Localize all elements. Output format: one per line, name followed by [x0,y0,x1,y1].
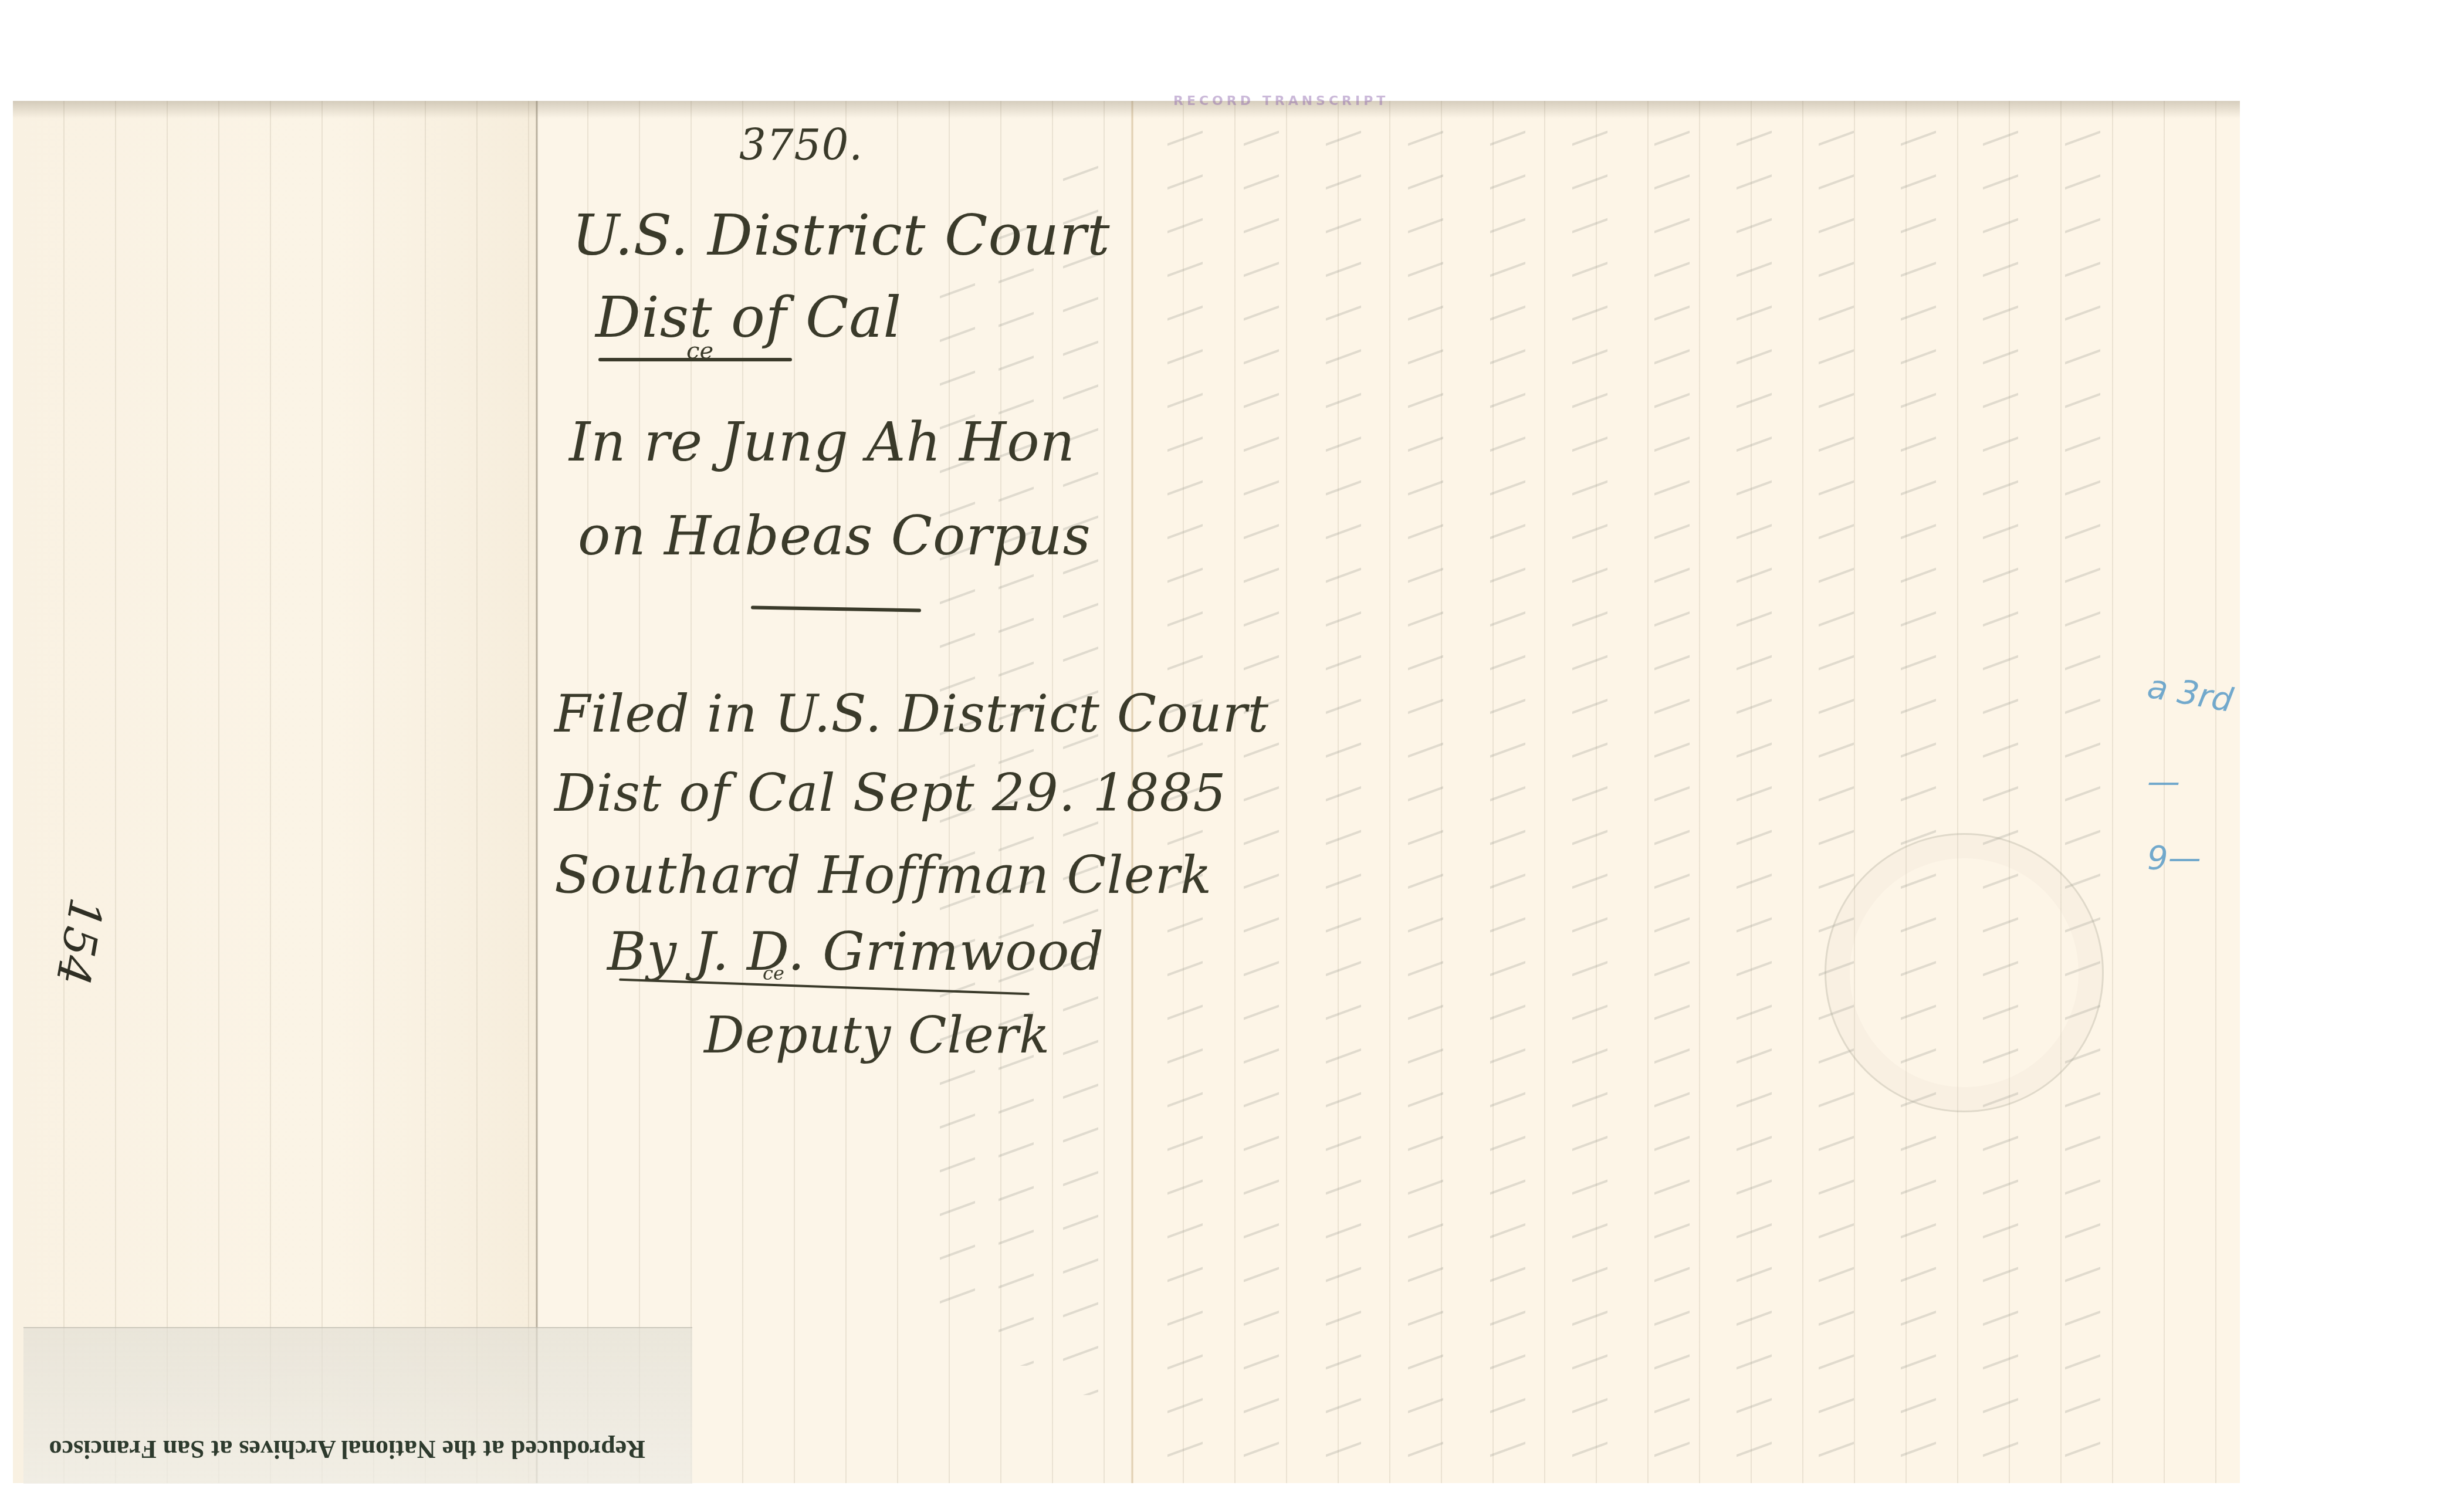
deputy-signature: By J. D. Grimwood [607,921,1104,983]
case-title: In re Jung Ah Hon [569,411,1075,473]
archive-reproduction-stamp: Reproduced at the National Archives at S… [59,1434,645,1464]
filing-line: Filed in U.S. District Court [554,683,1269,744]
separator-flourish: ce [686,337,713,364]
court-name: U.S. District Court [572,202,1111,268]
bleed-through-writing [2065,124,2100,1460]
filing-date-line: Dist of Cal Sept 29. 1885 [554,763,1227,823]
bleed-through-writing [1408,124,1443,1460]
bleed-through-writing [1819,124,1854,1460]
bleed-through-writing [1326,124,1361,1460]
blue-pencil-mark: 9— [2147,839,2201,877]
bleed-through-writing [1490,124,1525,1460]
bleed-through-writing [1737,124,1772,1460]
case-subtitle: on Habeas Corpus [578,505,1091,567]
deputy-title: Deputy Clerk [704,1006,1050,1065]
embossed-seal-icon [1825,833,2104,1112]
signature-flourish: ce [763,962,784,984]
bleed-through-writing [1983,124,2018,1460]
edge-stain [13,101,2240,119]
left-fold-panel [13,101,537,1483]
blue-pencil-mark: a 3rd [2144,668,2235,720]
right-fold-panel [1132,101,2240,1483]
bleed-through-writing [1572,124,1607,1460]
docket-number: 3750. [739,120,863,170]
fold-line [536,101,538,1483]
top-stamp: RECORD TRANSCRIPT [1173,94,1408,106]
bleed-through-writing [1244,124,1279,1460]
blue-pencil-annotations: a 3rd — 9— [2141,663,2247,909]
bleed-through-writing [1901,124,1936,1460]
clerk-name-line: Southard Hoffman Clerk [554,845,1212,905]
bleed-through-writing [1654,124,1690,1460]
district-name: Dist of Cal [595,285,902,350]
blue-pencil-mark: — [2147,763,2180,801]
ruled-lines [13,101,537,1483]
